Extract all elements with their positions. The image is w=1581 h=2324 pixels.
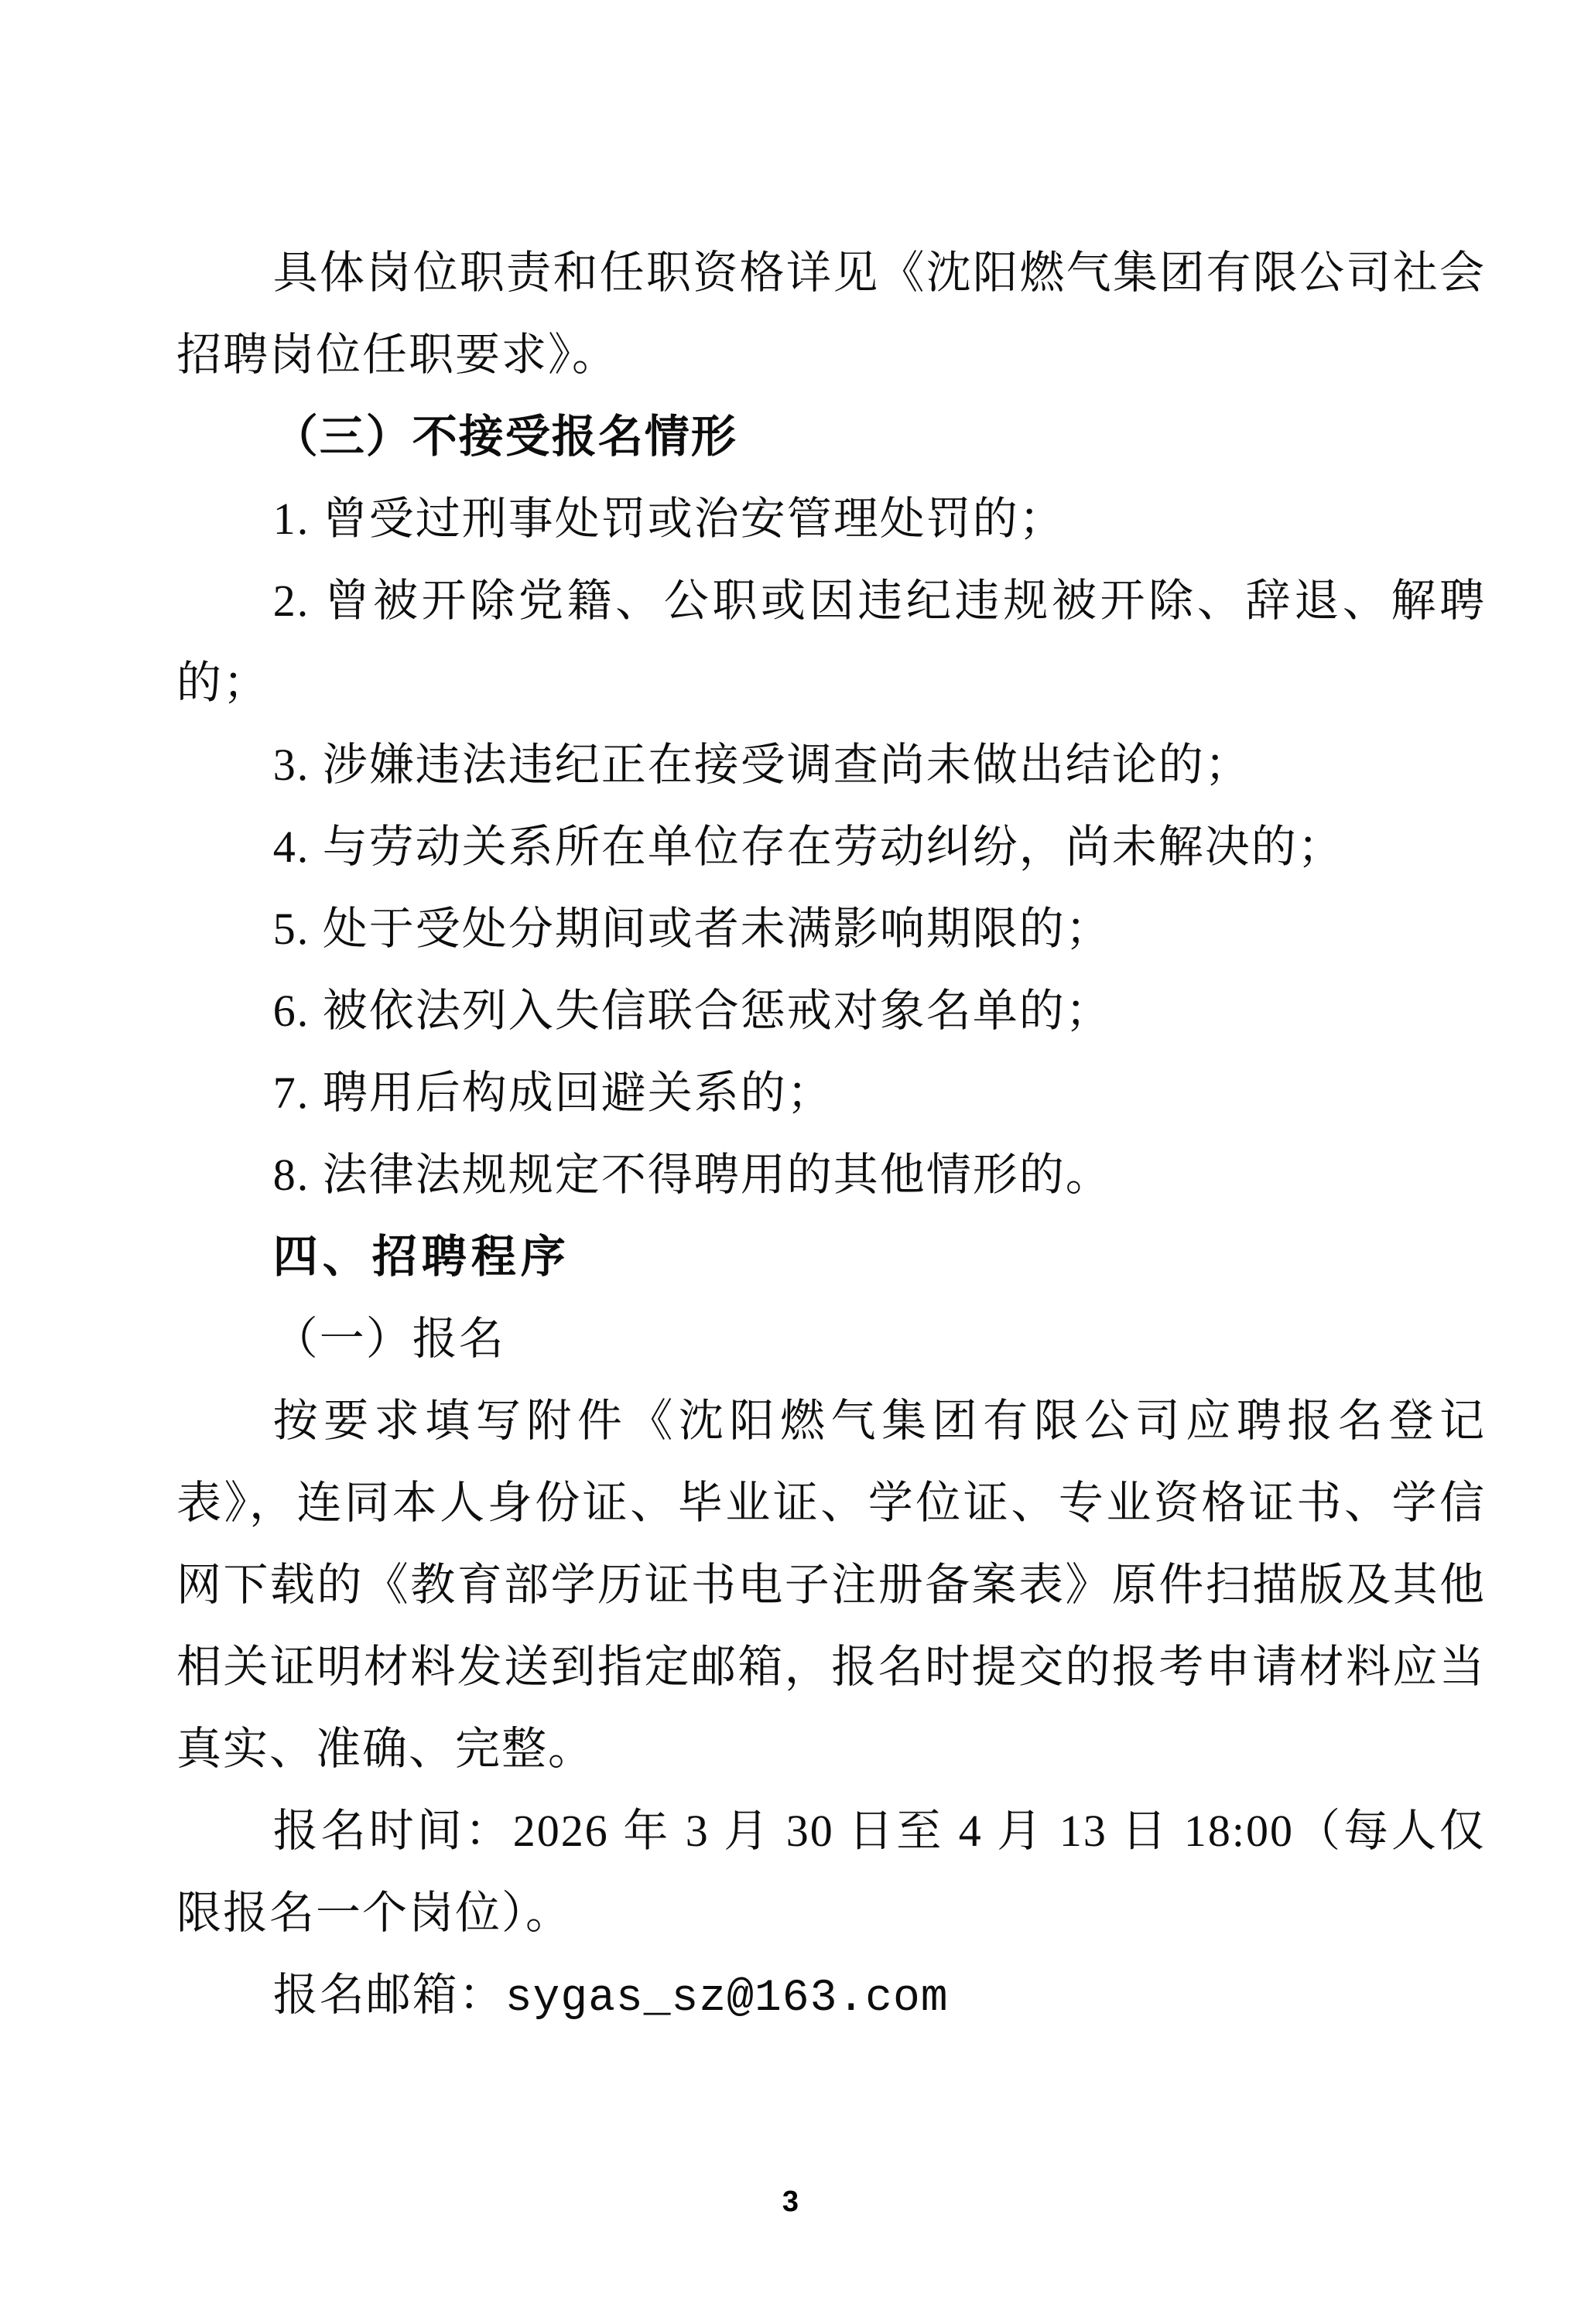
paragraph-registration-email: 报名邮箱：sygas_sz@163.com (176, 1954, 1486, 2040)
list-item-1: 1. 曾受过刑事处罚或治安管理处罚的； (176, 478, 1486, 560)
paragraph-application-materials: 按要求填写附件《沈阳燃气集团有限公司应聘报名登记表》，连同本人身份证、毕业证、学… (176, 1380, 1486, 1790)
list-item-5: 5. 处于受处分期间或者未满影响期限的； (176, 888, 1486, 970)
section-heading-rejection-conditions: （三）不接受报名情形 (176, 396, 1486, 478)
paragraph-position-requirements-reference: 具体岗位职责和任职资格详见《沈阳燃气集团有限公司社会招聘岗位任职要求》。 (176, 232, 1486, 396)
list-item-2: 2. 曾被开除党籍、公职或因违纪违规被开除、辞退、解聘的； (176, 560, 1486, 724)
paragraph-registration-time: 报名时间：2026 年 3 月 30 日至 4 月 13 日 18:00（每人仅… (176, 1790, 1486, 1954)
list-item-4: 4. 与劳动关系所在单位存在劳动纠纷，尚未解决的； (176, 806, 1486, 888)
document-page: 具体岗位职责和任职资格详见《沈阳燃气集团有限公司社会招聘岗位任职要求》。 （三）… (0, 0, 1581, 2324)
list-item-6: 6. 被依法列入失信联合惩戒对象名单的； (176, 970, 1486, 1052)
list-item-7: 7. 聘用后构成回避关系的； (176, 1052, 1486, 1134)
chapter-heading-recruitment-procedure: 四、招聘程序 (176, 1216, 1486, 1298)
section-heading-registration: （一）报名 (176, 1298, 1486, 1380)
registration-email-label: 报名邮箱： (273, 1970, 505, 2020)
document-body: 具体岗位职责和任职资格详见《沈阳燃气集团有限公司社会招聘岗位任职要求》。 （三）… (176, 232, 1486, 2040)
page-number: 3 (0, 2183, 1581, 2220)
list-item-8: 8. 法律法规规定不得聘用的其他情形的。 (176, 1134, 1486, 1216)
list-item-3: 3. 涉嫌违法违纪正在接受调查尚未做出结论的； (176, 724, 1486, 806)
registration-email-address: sygas_sz@163.com (505, 1974, 949, 2024)
